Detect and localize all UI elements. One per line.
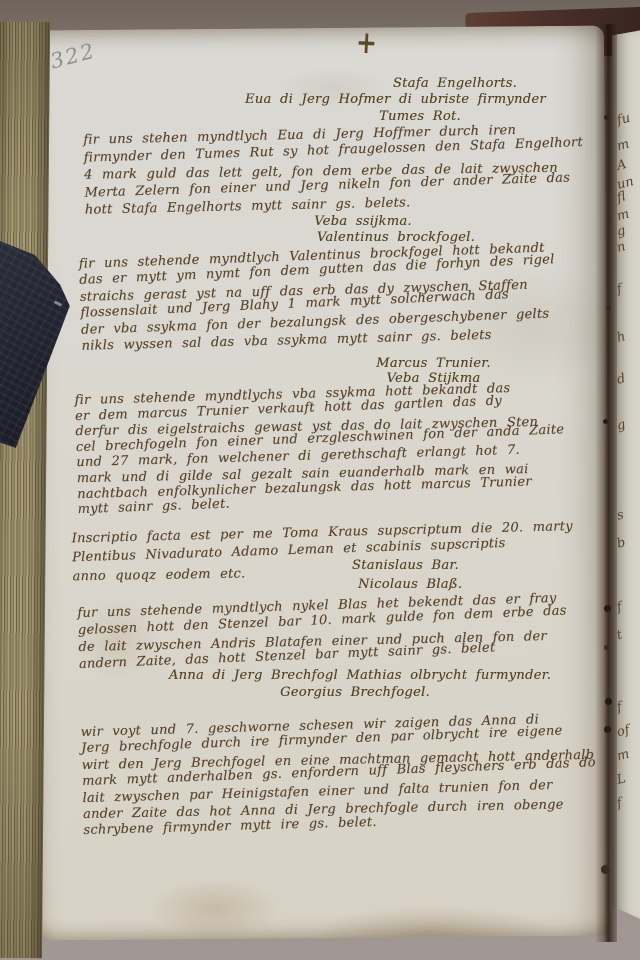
section-heading: Marcus Trunier.	[356, 356, 511, 371]
section-heading: Tumes Rot.	[350, 109, 490, 124]
section-heading: Anna di Jerg Brechfogl Mathias olbrycht …	[150, 668, 570, 683]
inscription-paragraph: Inscriptio facta est per me Toma Kraus s…	[71, 517, 584, 586]
entry-paragraph: fir uns stehende myndtlych Valentinus br…	[78, 239, 586, 355]
signature: Stanislaus Bar.	[352, 558, 522, 573]
entry-paragraph: fir uns stehen myndtlych Eua di Jerg Hof…	[83, 120, 585, 219]
page-text-layer: 322 + Stafa Engelhorts. Eua di Jerg Hofm…	[0, 0, 640, 960]
section-heading: Eua di Jerg Hofmer di ubriste firmynder	[245, 92, 545, 107]
entry-paragraph: fur uns stehende myndtlych nykel Blas he…	[77, 589, 587, 673]
section-heading: Georgius Brechfogel.	[255, 685, 455, 700]
signature: Nicolaus Blaß.	[358, 577, 528, 592]
entry-paragraph: wir voyt und 7. geschworne schesen wir z…	[80, 711, 585, 840]
entry-paragraph: fir uns stehende myndtlychs vba ssykma h…	[74, 379, 585, 518]
section-heading: Stafa Engelhorts.	[330, 76, 580, 91]
folio-number: 322	[48, 38, 99, 73]
cross-mark: +	[355, 24, 378, 61]
manuscript-photo: fu m A un fl m g n f h d g s b f t f of …	[0, 0, 640, 960]
section-heading: Veba ssijkma.	[288, 214, 438, 229]
